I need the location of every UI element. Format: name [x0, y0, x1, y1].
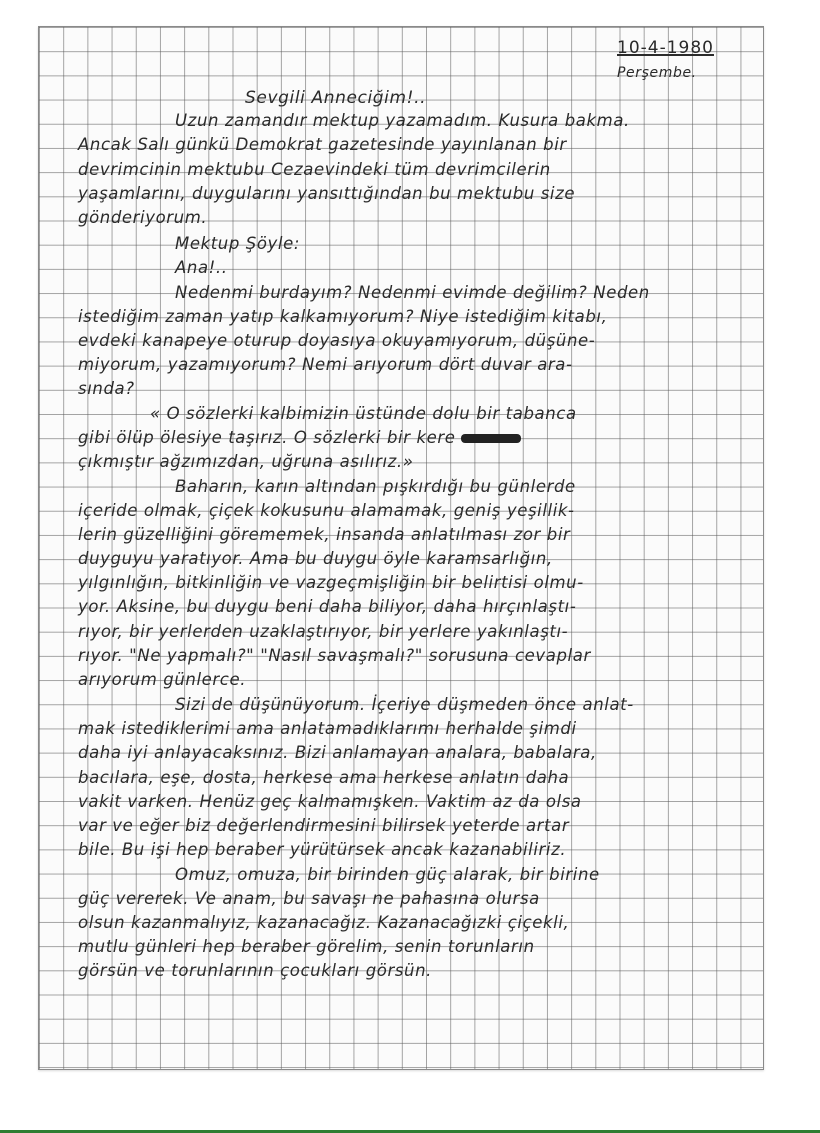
letter-line: bile. Bu işi hep beraber yürütürsek anca…	[78, 842, 566, 859]
letter-line: bacılara, eşe, dosta, herkese ama herkes…	[78, 770, 569, 787]
letter-greeting: Sevgili Anneciğim!..	[245, 90, 426, 107]
letter-line: Baharın, karın altından pışkırdığı bu gü…	[175, 479, 576, 496]
letter-line: Uzun zamandır mektup yazamadım. Kusura b…	[175, 113, 630, 130]
letter-line: yılgınlığın, bitkinliğin ve vazgeçmişliğ…	[78, 575, 584, 592]
letter-line: görsün ve torunlarının çocukları görsün.	[78, 963, 432, 980]
letter-line: yaşamlarını, duygularını yansıttığından …	[78, 186, 575, 203]
letter-line: sında?	[78, 381, 135, 398]
letter-line: devrimcinin mektubu Cezaevindeki tüm dev…	[78, 162, 551, 179]
letter-line: miyorum, yazamıyorum? Nemi arıyorum dört…	[78, 357, 573, 374]
letter-line: lerin güzelliğini görememek, insanda anl…	[78, 527, 570, 544]
letter-line: « O sözlerki kalbimizin üstünde dolu bir…	[150, 406, 577, 423]
letter-day: Perşembe.	[617, 66, 697, 80]
letter-line: var ve eğer biz değerlendirmesini bilirs…	[78, 818, 569, 835]
letter-line: gibi ölüp ölesiye taşırız. O sözlerki bi…	[78, 430, 521, 447]
letter-line: mak istediklerimi ama anlatamadıklarımı …	[78, 721, 577, 738]
letter-line: çıkmıştır ağzımızdan, uğruna asılırız.»	[78, 454, 414, 471]
letter-line: mutlu günleri hep beraber görelim, senin…	[78, 939, 535, 956]
letter-line: içeride olmak, çiçek kokusunu alamamak, …	[78, 503, 575, 520]
letter-line: rıyor. "Ne yapmalı?" "Nasıl savaşmalı?" …	[78, 648, 591, 665]
letter-line: istediğim zaman yatıp kalkamıyorum? Niye…	[78, 309, 607, 326]
letter-line: olsun kazanmalıyız, kazanacağız. Kazanac…	[78, 915, 569, 932]
letter-line: Ancak Salı günkü Demokrat gazetesinde ya…	[78, 137, 567, 154]
letter-line: gönderiyorum.	[78, 210, 207, 227]
crossed-out-word	[461, 434, 521, 443]
letter-line: rıyor, bir yerlerden uzaklaştırıyor, bir…	[78, 624, 568, 641]
letter-line: vakit varken. Henüz geç kalmamışken. Vak…	[78, 794, 582, 811]
letter-line: evdeki kanapeye oturup doyasıya okuyamıy…	[78, 333, 595, 350]
letter-line: Mektup Şöyle:	[175, 236, 300, 253]
letter-date: 10-4-1980	[617, 40, 714, 57]
letter-line: daha iyi anlayacaksınız. Bizi anlamayan …	[78, 745, 597, 762]
letter-line: Sizi de düşünüyorum. İçeriye düşmeden ön…	[175, 697, 634, 714]
letter-line: Nedenmi burdayım? Nedenmi evimde değilim…	[175, 285, 650, 302]
letter-line: arıyorum günlerce.	[78, 672, 246, 689]
letter-line: duyguyu yaratıyor. Ama bu duygu öyle kar…	[78, 551, 553, 568]
letter-line: yor. Aksine, bu duygu beni daha biliyor,…	[78, 599, 576, 616]
letter-line: Ana!..	[175, 260, 228, 277]
letter-line: güç vererek. Ve anam, bu savaşı ne pahas…	[78, 891, 540, 908]
letter-line: Omuz, omuza, bir birinden güç alarak, bi…	[175, 867, 600, 884]
